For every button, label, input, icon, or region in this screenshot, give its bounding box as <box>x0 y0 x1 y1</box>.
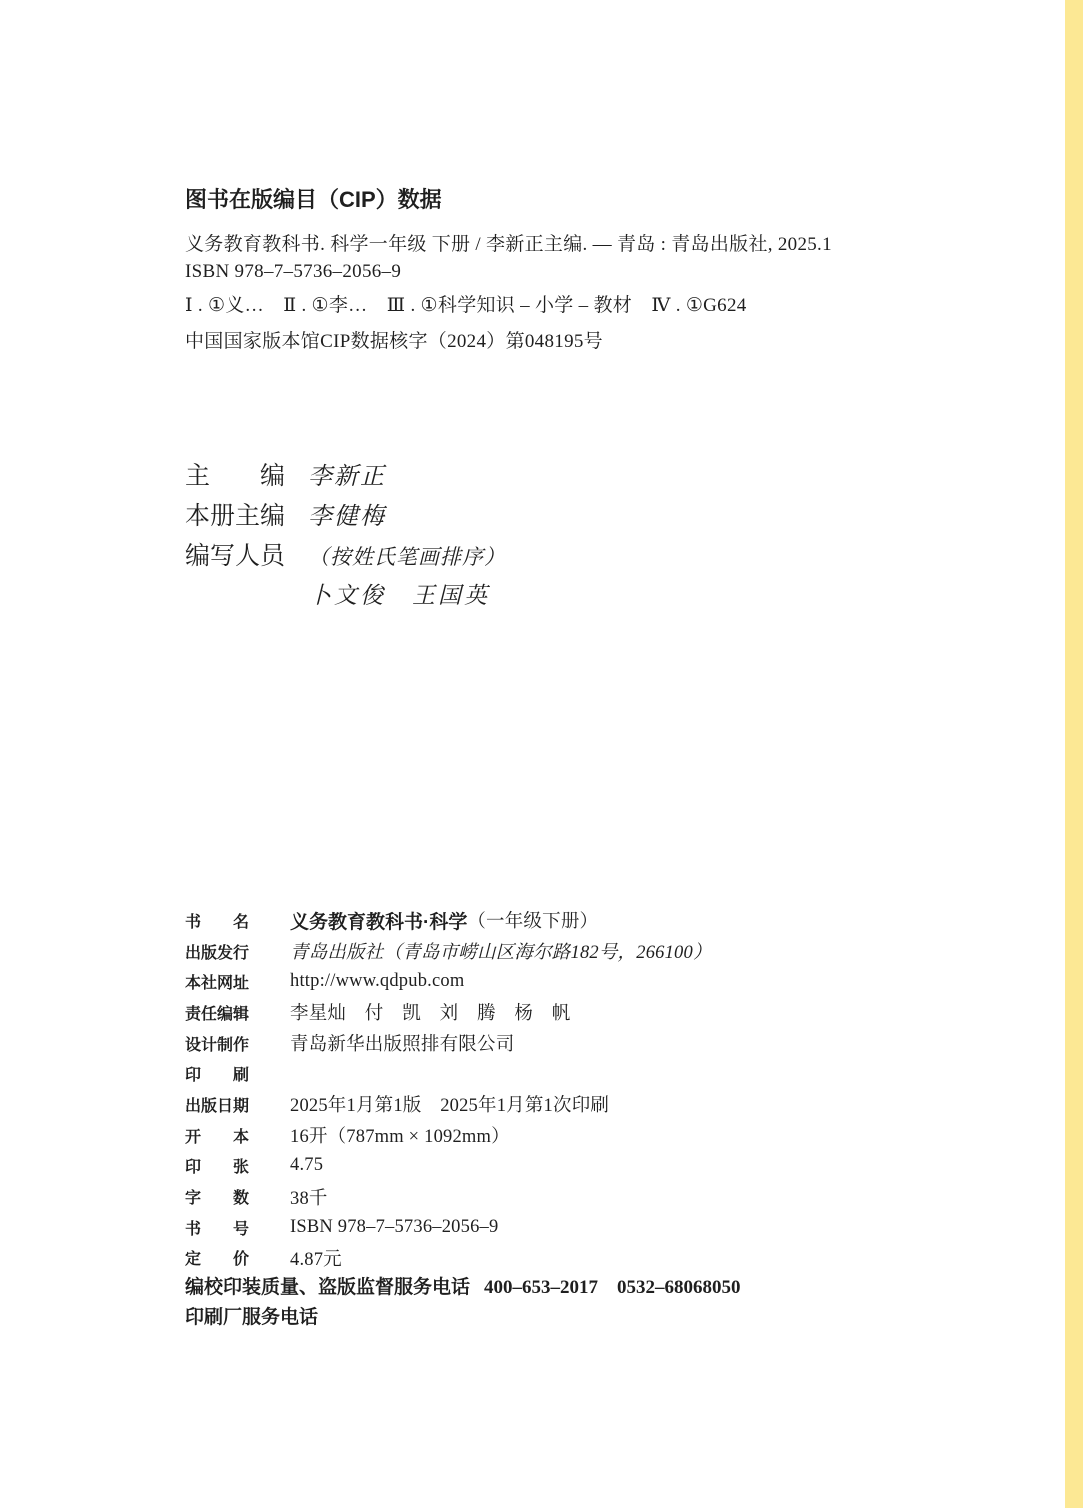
row-label: 出版发行 <box>185 940 290 963</box>
pub-row-website: 本社网址 http://www.qdpub.com <box>185 966 712 997</box>
printer-hotline-line: 印刷厂服务电话 <box>185 1302 318 1329</box>
row-label: 书 名 <box>185 909 290 932</box>
row-label: 印 张 <box>185 1154 290 1177</box>
cip-isbn-line: ISBN 978–7–5736–2056–9 <box>185 260 401 284</box>
volume-editor-row: 本册主编 李健梅 <box>185 496 386 532</box>
row-label: 字 数 <box>185 1185 290 1208</box>
chief-editor-row: 主 编 李新正 <box>185 456 386 492</box>
pub-row-word-count: 字 数 38千 <box>185 1181 712 1212</box>
cip-heading: 图书在版编目（CIP）数据 <box>185 187 442 213</box>
chief-editor-name: 李新正 <box>308 456 386 491</box>
staff-sort-note: （按姓氏笔画排序） <box>308 541 506 571</box>
row-value: 青岛出版社（青岛市崂山区海尔路182号，266100） <box>290 938 712 964</box>
row-label: 出版日期 <box>185 1093 290 1116</box>
row-value: 李星灿 付 凯 刘 腾 杨 帆 <box>290 999 571 1025</box>
staff-names: 卜文俊 王国英 <box>308 577 490 610</box>
row-label: 责任编辑 <box>185 1001 290 1024</box>
row-value: ISBN 978–7–5736–2056–9 <box>290 1217 498 1238</box>
book-title-bold: 义务教育教科书·科学 <box>290 907 467 934</box>
pub-row-price: 定 价 4.87元 <box>185 1243 712 1274</box>
printer-hotline-label: 印刷厂服务电话 <box>185 1302 318 1329</box>
book-title-suffix: （一年级下册） <box>467 907 598 933</box>
chief-editor-label: 主 编 <box>185 456 285 492</box>
pub-row-format: 开 本 16开（787mm × 1092mm） <box>185 1120 712 1151</box>
pub-row-editors: 责任编辑 李星灿 付 凯 刘 腾 杨 帆 <box>185 997 712 1028</box>
pub-row-book-number: 书 号 ISBN 978–7–5736–2056–9 <box>185 1212 712 1243</box>
staff-label: 编写人员 <box>185 536 285 572</box>
pub-row-book-title: 书 名 义务教育教科书·科学（一年级下册） <box>185 905 712 936</box>
row-label: 印 刷 <box>185 1062 290 1085</box>
cip-classification-line: Ⅰ . ①义… Ⅱ . ①李… Ⅲ . ①科学知识 – 小学 – 教材 Ⅳ . … <box>185 294 747 318</box>
cip-description-line: 义务教育教科书. 科学一年级 下册 / 李新正主编. — 青岛 : 青岛出版社,… <box>185 233 832 257</box>
pub-row-printing: 印 刷 <box>185 1058 712 1089</box>
volume-editor-label: 本册主编 <box>185 496 285 532</box>
row-value: 青岛新华出版照排有限公司 <box>290 1030 514 1056</box>
pub-row-design: 设计制作 青岛新华出版照排有限公司 <box>185 1028 712 1059</box>
pub-row-publisher: 出版发行 青岛出版社（青岛市崂山区海尔路182号，266100） <box>185 936 712 967</box>
row-label: 开 本 <box>185 1124 290 1147</box>
pub-row-sheets: 印 张 4.75 <box>185 1151 712 1182</box>
row-value: 2025年1月第1版 2025年1月第1次印刷 <box>290 1091 609 1117</box>
decorative-side-stripe <box>1065 0 1083 1508</box>
quality-hotline-line: 编校印装质量、盗版监督服务电话 400–653–2017 0532–680680… <box>185 1272 741 1299</box>
quality-hotline-label: 编校印装质量、盗版监督服务电话 <box>185 1272 470 1299</box>
row-value: 38千 <box>290 1184 328 1210</box>
volume-editor-name: 李健梅 <box>308 496 386 531</box>
row-value: 4.87元 <box>290 1245 342 1271</box>
quality-hotline-numbers: 400–653–2017 0532–68068050 <box>484 1272 741 1299</box>
row-label: 定 价 <box>185 1246 290 1269</box>
row-label: 设计制作 <box>185 1032 290 1055</box>
cip-record-line: 中国国家版本馆CIP数据核字（2024）第048195号 <box>185 330 603 354</box>
row-value: http://www.qdpub.com <box>290 971 464 992</box>
row-label: 本社网址 <box>185 970 290 993</box>
row-value: 4.75 <box>290 1155 323 1176</box>
staff-row: 编写人员 （按姓氏笔画排序） <box>185 536 506 572</box>
row-label: 书 号 <box>185 1216 290 1239</box>
pub-row-pub-date: 出版日期 2025年1月第1版 2025年1月第1次印刷 <box>185 1089 712 1120</box>
copyright-page: 图书在版编目（CIP）数据 义务教育教科书. 科学一年级 下册 / 李新正主编.… <box>0 0 1083 1508</box>
row-value: 16开（787mm × 1092mm） <box>290 1122 510 1148</box>
publication-info-table: 书 名 义务教育教科书·科学（一年级下册） 出版发行 青岛出版社（青岛市崂山区海… <box>185 905 712 1273</box>
